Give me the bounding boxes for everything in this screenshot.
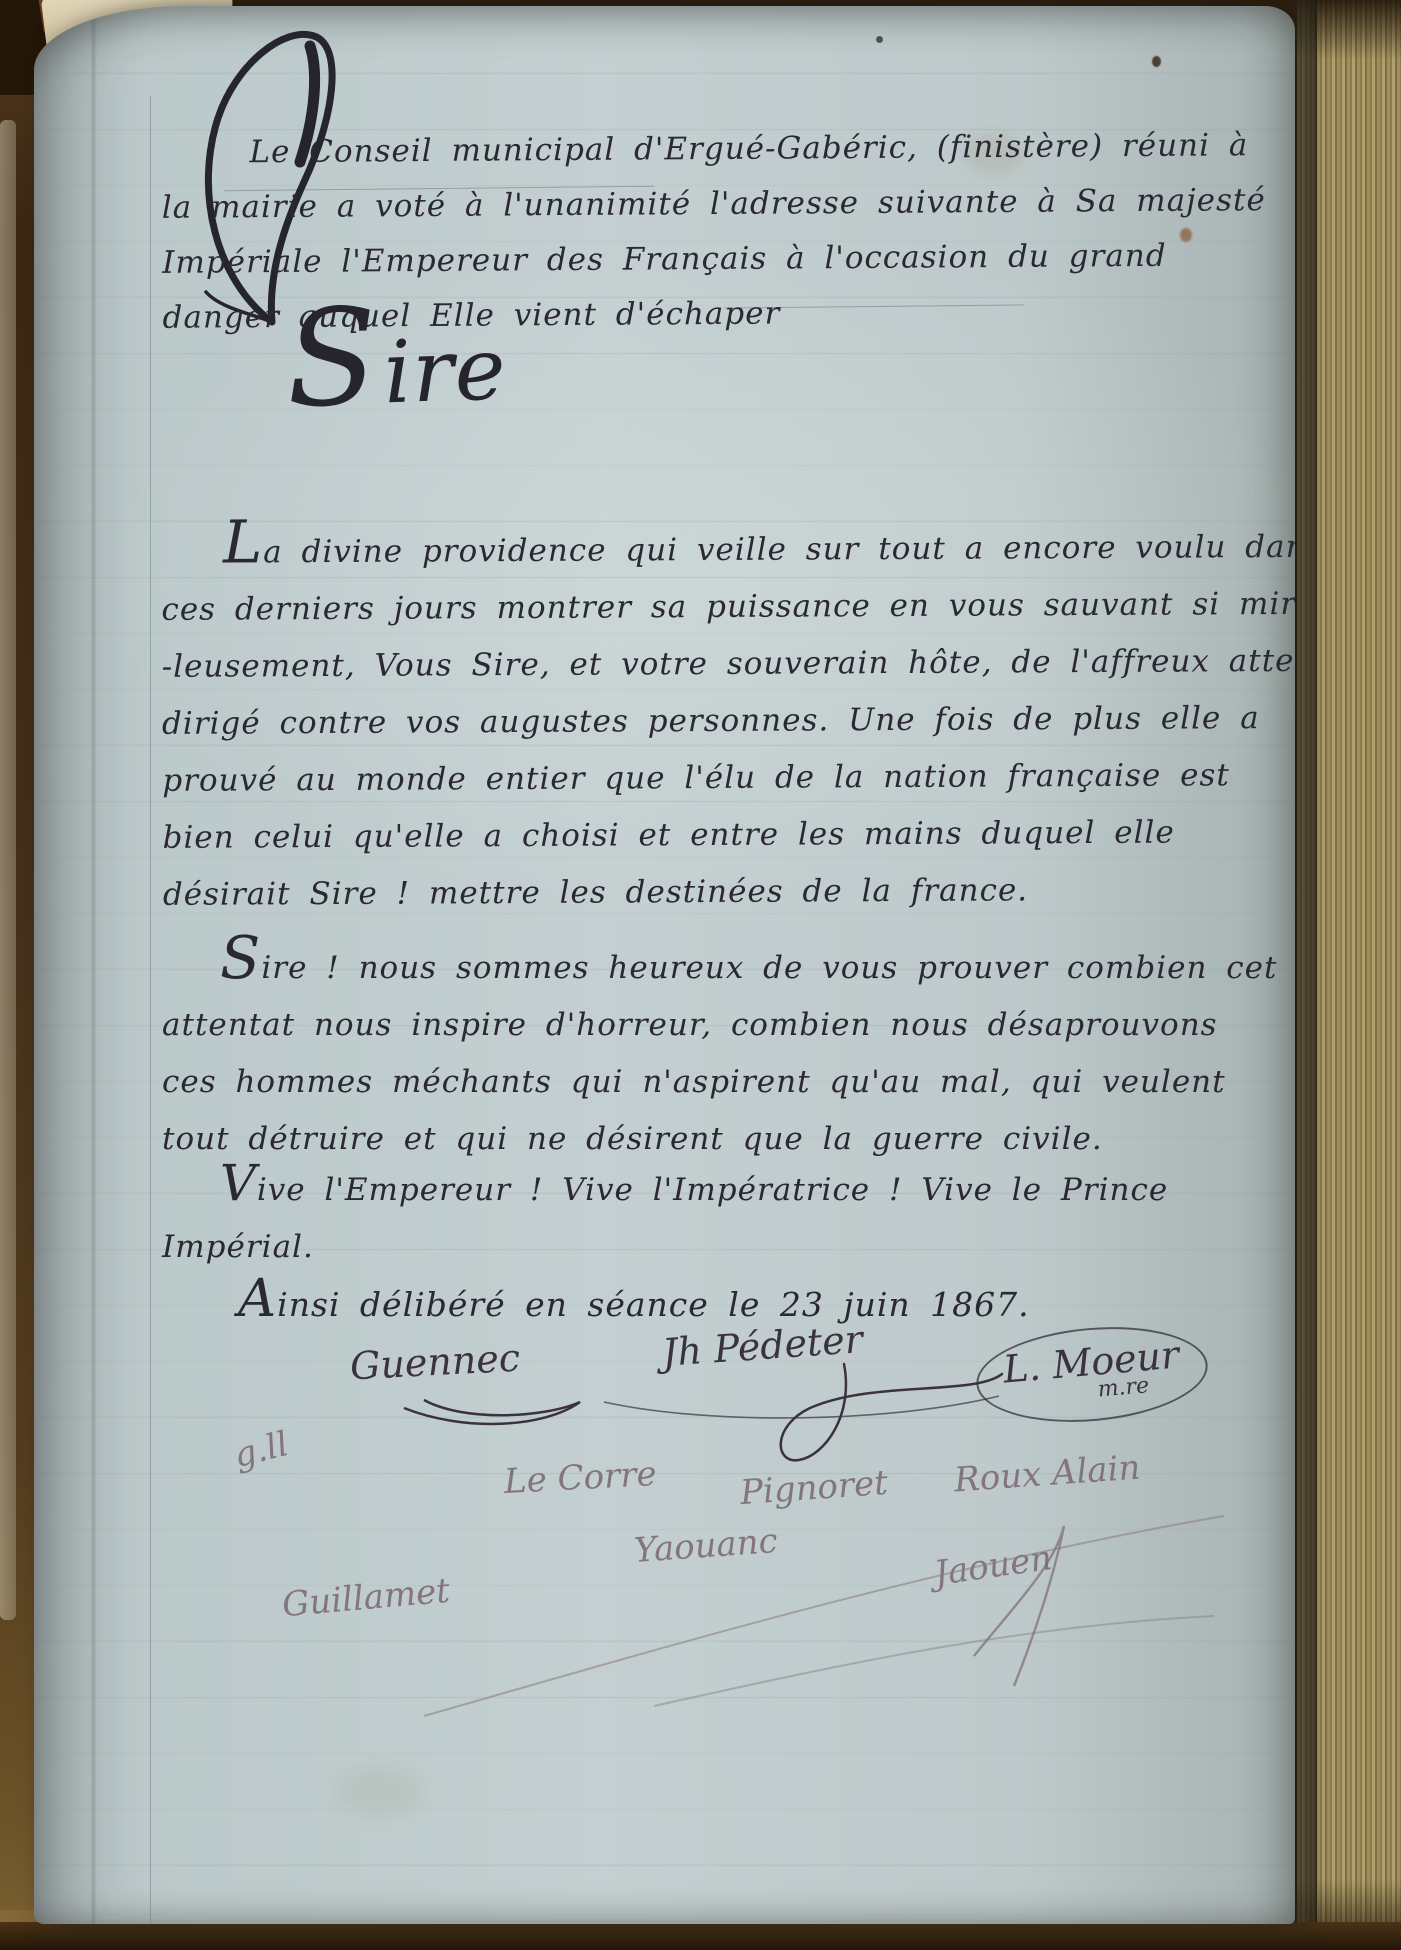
gutter-crease [92,6,95,1924]
book-bottom-cover [0,1922,1401,1950]
opening-line: la mairie a voté à l'unanimité l'adresse… [162,173,1259,236]
body-line: dirigé contre vos augustes personnes. Un… [162,690,1259,753]
body-line: ces derniers jours montrer sa puissance … [161,576,1258,639]
body-line: La divine providence qui veille sur tout… [161,519,1258,582]
paragraph-providence: La divine providence qui veille sur tout… [161,519,1260,924]
signature-lecorre: Le Corre [503,1454,658,1502]
signature-jaouen: Jaouen [932,1538,1055,1594]
signature-paraph [394,1388,594,1438]
paragraph-attentat: Sire ! nous sommes heureux de vous prouv… [162,940,1259,1168]
signature-flourish [594,1356,1014,1466]
body-line: ces hommes méchants qui n'aspirent qu'au… [162,1054,1259,1111]
body-line: Impérial. [162,1219,1259,1276]
manuscript-page: Le Conseil municipal d'Ergué-Gabéric, (f… [34,6,1295,1924]
body-line: prouvé au monde entier que l'élu de la n… [162,747,1259,810]
body-line: désirait Sire ! mettre les destinées de … [163,861,1260,924]
sire-heading: Sire [284,286,508,427]
body-line: -leusement, Vous Sire, et votre souverai… [162,633,1259,696]
body-line: attentat nous inspire d'horreur, combien… [162,997,1259,1054]
body-line: tout détruire et qui ne désirent que la … [162,1111,1259,1168]
signature-guillamet: Guillamet [281,1571,452,1625]
facing-page-edge [0,120,16,1620]
signature-mayor-oval: L. Moeur m.re [972,1318,1212,1431]
acclamation-lines: Vive l'Empereur ! Vive l'Impératrice ! V… [162,1162,1259,1276]
date-text: Ainsi délibéré en séance le 23 juin 1867… [162,1276,1259,1333]
signature-pignoret: Pignoret [739,1463,889,1513]
margin-line [150,96,151,1924]
pencil-flourishes [414,1506,1234,1726]
ink-spot [1152,56,1161,67]
signature-roux-alain: Roux Alain [953,1448,1142,1501]
ink-spot [876,36,883,43]
body-line: Sire ! nous sommes heureux de vous prouv… [162,940,1259,997]
photographed-register-page: Le Conseil municipal d'Ergué-Gabéric, (f… [0,0,1401,1950]
signature-yaouanc: Yaouanc [633,1521,779,1571]
body-line: bien celui qu'elle a choisi et entre les… [162,804,1259,867]
pencil-mark: g.ll [230,1424,292,1476]
signature-guennec: Guennec [349,1336,521,1389]
deliberation-date-line: Ainsi délibéré en séance le 23 juin 1867… [162,1276,1259,1333]
opening-line: Le Conseil municipal d'Ergué-Gabéric, (f… [161,118,1258,181]
paper-stain [334,1766,424,1816]
body-line: Vive l'Empereur ! Vive l'Impératrice ! V… [162,1162,1259,1219]
